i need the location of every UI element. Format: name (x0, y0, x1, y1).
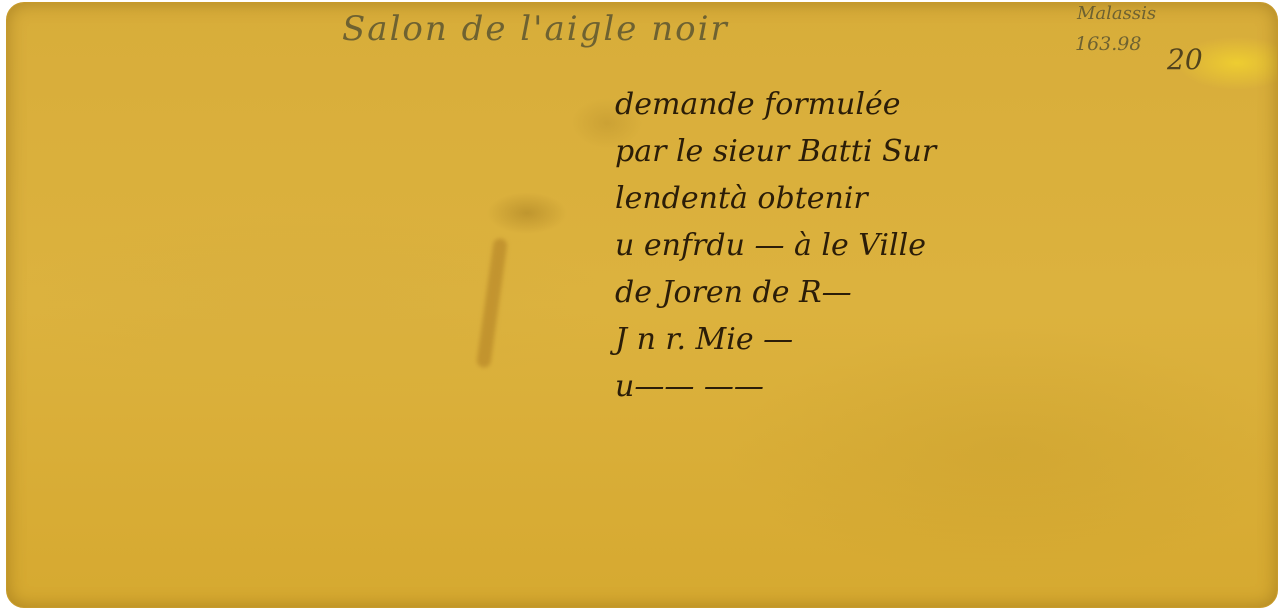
note-line: u—— —— (615, 363, 936, 410)
pencil-header: Salon de l'aigle noir (342, 9, 729, 49)
note-line: par le sieur Batti Sur (615, 128, 936, 175)
catalog-number: 163.98 (1075, 33, 1141, 55)
note-line: u enfrdu — à le Ville (615, 222, 936, 269)
water-stain (476, 238, 508, 369)
handwritten-note: demande formulée par le sieur Batti Sur … (615, 81, 936, 410)
card-back: Salon de l'aigle noir Malassis 163.98 20… (6, 2, 1278, 608)
note-line: J n r. Mie — (615, 316, 936, 363)
note-line: lendentà obtenir (615, 175, 936, 222)
note-line: demande formulée (615, 81, 936, 128)
catalog-count: 20 (1167, 43, 1203, 76)
note-line: de Joren de R— (615, 269, 936, 316)
catalog-name: Malassis (1077, 3, 1156, 24)
